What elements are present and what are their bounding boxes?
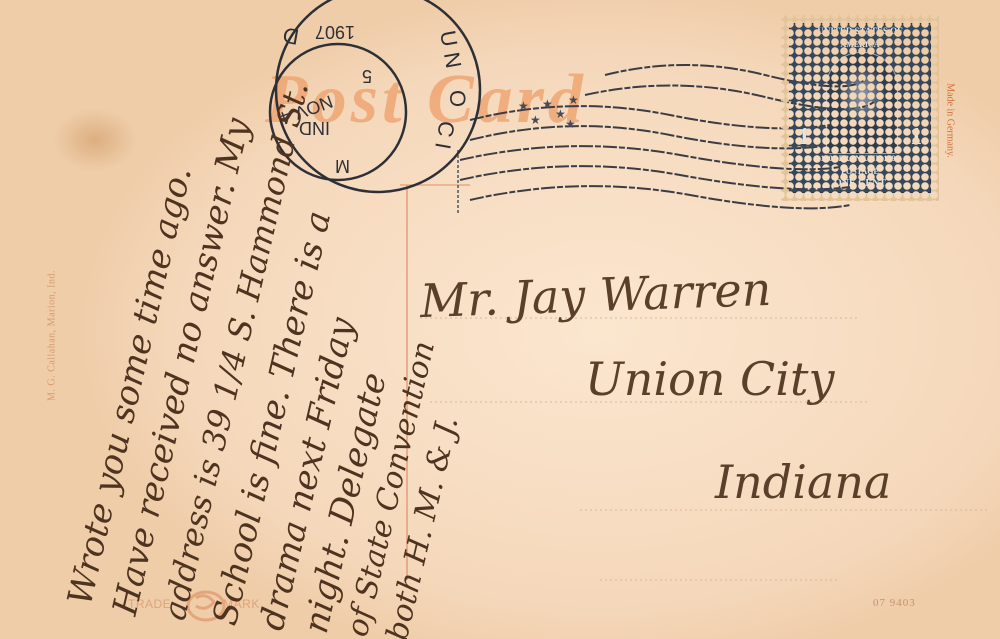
title-stars: ★★★ ★★★	[518, 93, 579, 131]
svg-text:O: O	[445, 90, 470, 107]
svg-text:★: ★	[530, 113, 541, 127]
recipient-state: Indiana	[715, 455, 891, 509]
svg-text:M: M	[335, 156, 350, 176]
svg-text:U N: U N	[435, 29, 466, 71]
franklin-portrait-icon	[826, 52, 898, 154]
stamp-name-line: 1706 FRANKLIN 1790	[790, 154, 930, 163]
recipient-city: Union City	[585, 352, 834, 406]
svg-text:1907: 1907	[315, 22, 355, 42]
postcard: Post Card M. G. Callahan, Marion, Ind. M…	[0, 0, 1000, 639]
stamp-value: ONE CENT	[790, 178, 930, 189]
svg-text:★: ★	[565, 117, 576, 131]
svg-text:C I: C I	[430, 119, 460, 151]
svg-text:★: ★	[568, 93, 579, 107]
svg-text:5: 5	[362, 66, 372, 86]
stamp-postage: POSTAGE	[790, 167, 930, 176]
stamp-country-line2: AMERICA	[790, 40, 930, 49]
postage-stamp: UNITED STATES OF AMERICA 1 1 1706 FRANKL…	[781, 15, 939, 201]
stamp-denomination-right: 1	[910, 124, 922, 151]
stamp-denomination-left: 1	[798, 124, 810, 151]
stamp-country: UNITED STATES OF	[790, 26, 930, 36]
svg-text:D: D	[281, 22, 301, 49]
stamp-face: UNITED STATES OF AMERICA 1 1 1706 FRANKL…	[789, 23, 931, 193]
svg-text:★: ★	[542, 97, 553, 111]
svg-text:★: ★	[518, 99, 529, 113]
